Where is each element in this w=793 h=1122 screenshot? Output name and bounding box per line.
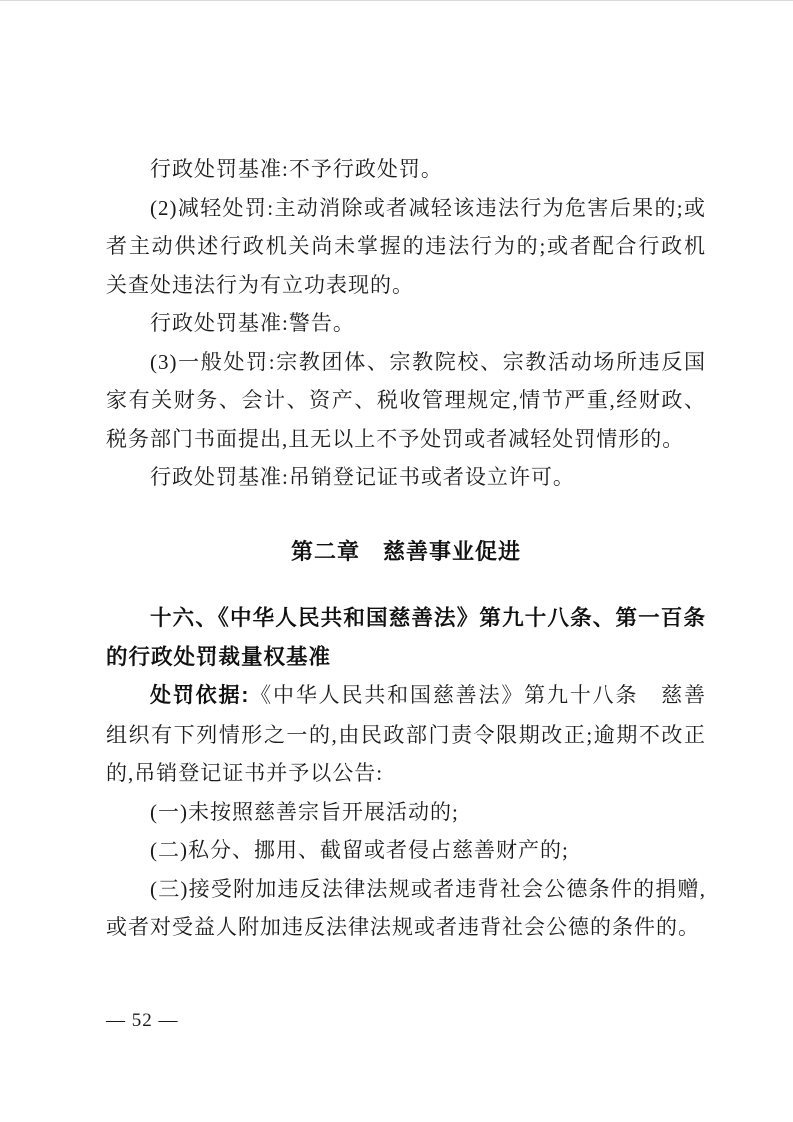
penalty-basis-label: 处罚依据: <box>150 684 249 707</box>
page-top-edge-divider <box>0 0 793 1</box>
page-number: — 52 — <box>106 1010 179 1032</box>
paragraph-mitigated-penalty: (2)减轻处罚:主动消除或者减轻该违法行为危害后果的;或者主动供述行政机关尚未掌… <box>106 189 706 305</box>
paragraph-item-two: (二)私分、挪用、截留或者侵占慈善财产的; <box>106 831 706 870</box>
document-body: 行政处罚基准:不予行政处罚。 (2)减轻处罚:主动消除或者减轻该违法行为危害后果… <box>106 150 706 947</box>
paragraph-item-three: (三)接受附加违反法律法规或者违背社会公德条件的捐赠,或者对受益人附加违反法律法… <box>106 870 706 947</box>
chapter-heading: 第二章 慈善事业促进 <box>106 533 706 572</box>
paragraph-penalty-basis-3: 行政处罚基准:吊销登记证书或者设立许可。 <box>106 458 706 497</box>
document-page: 行政处罚基准:不予行政处罚。 (2)减轻处罚:主动消除或者减轻该违法行为危害后果… <box>0 0 793 1122</box>
paragraph-penalty-basis-2: 行政处罚基准:警告。 <box>106 304 706 343</box>
paragraph-penalty-legal-basis: 处罚依据:《中华人民共和国慈善法》第九十八条 慈善组织有下列情形之一的,由民政部… <box>106 676 706 793</box>
paragraph-general-penalty: (3)一般处罚:宗教团体、宗教院校、宗教活动场所违反国家有关财务、会计、资产、税… <box>106 343 706 459</box>
paragraph-penalty-basis-1: 行政处罚基准:不予行政处罚。 <box>106 150 706 189</box>
section-heading-item-16: 十六、《中华人民共和国慈善法》第九十八条、第一百条的行政处罚裁量权基准 <box>106 599 706 676</box>
paragraph-item-one: (一)未按照慈善宗旨开展活动的; <box>106 793 706 832</box>
